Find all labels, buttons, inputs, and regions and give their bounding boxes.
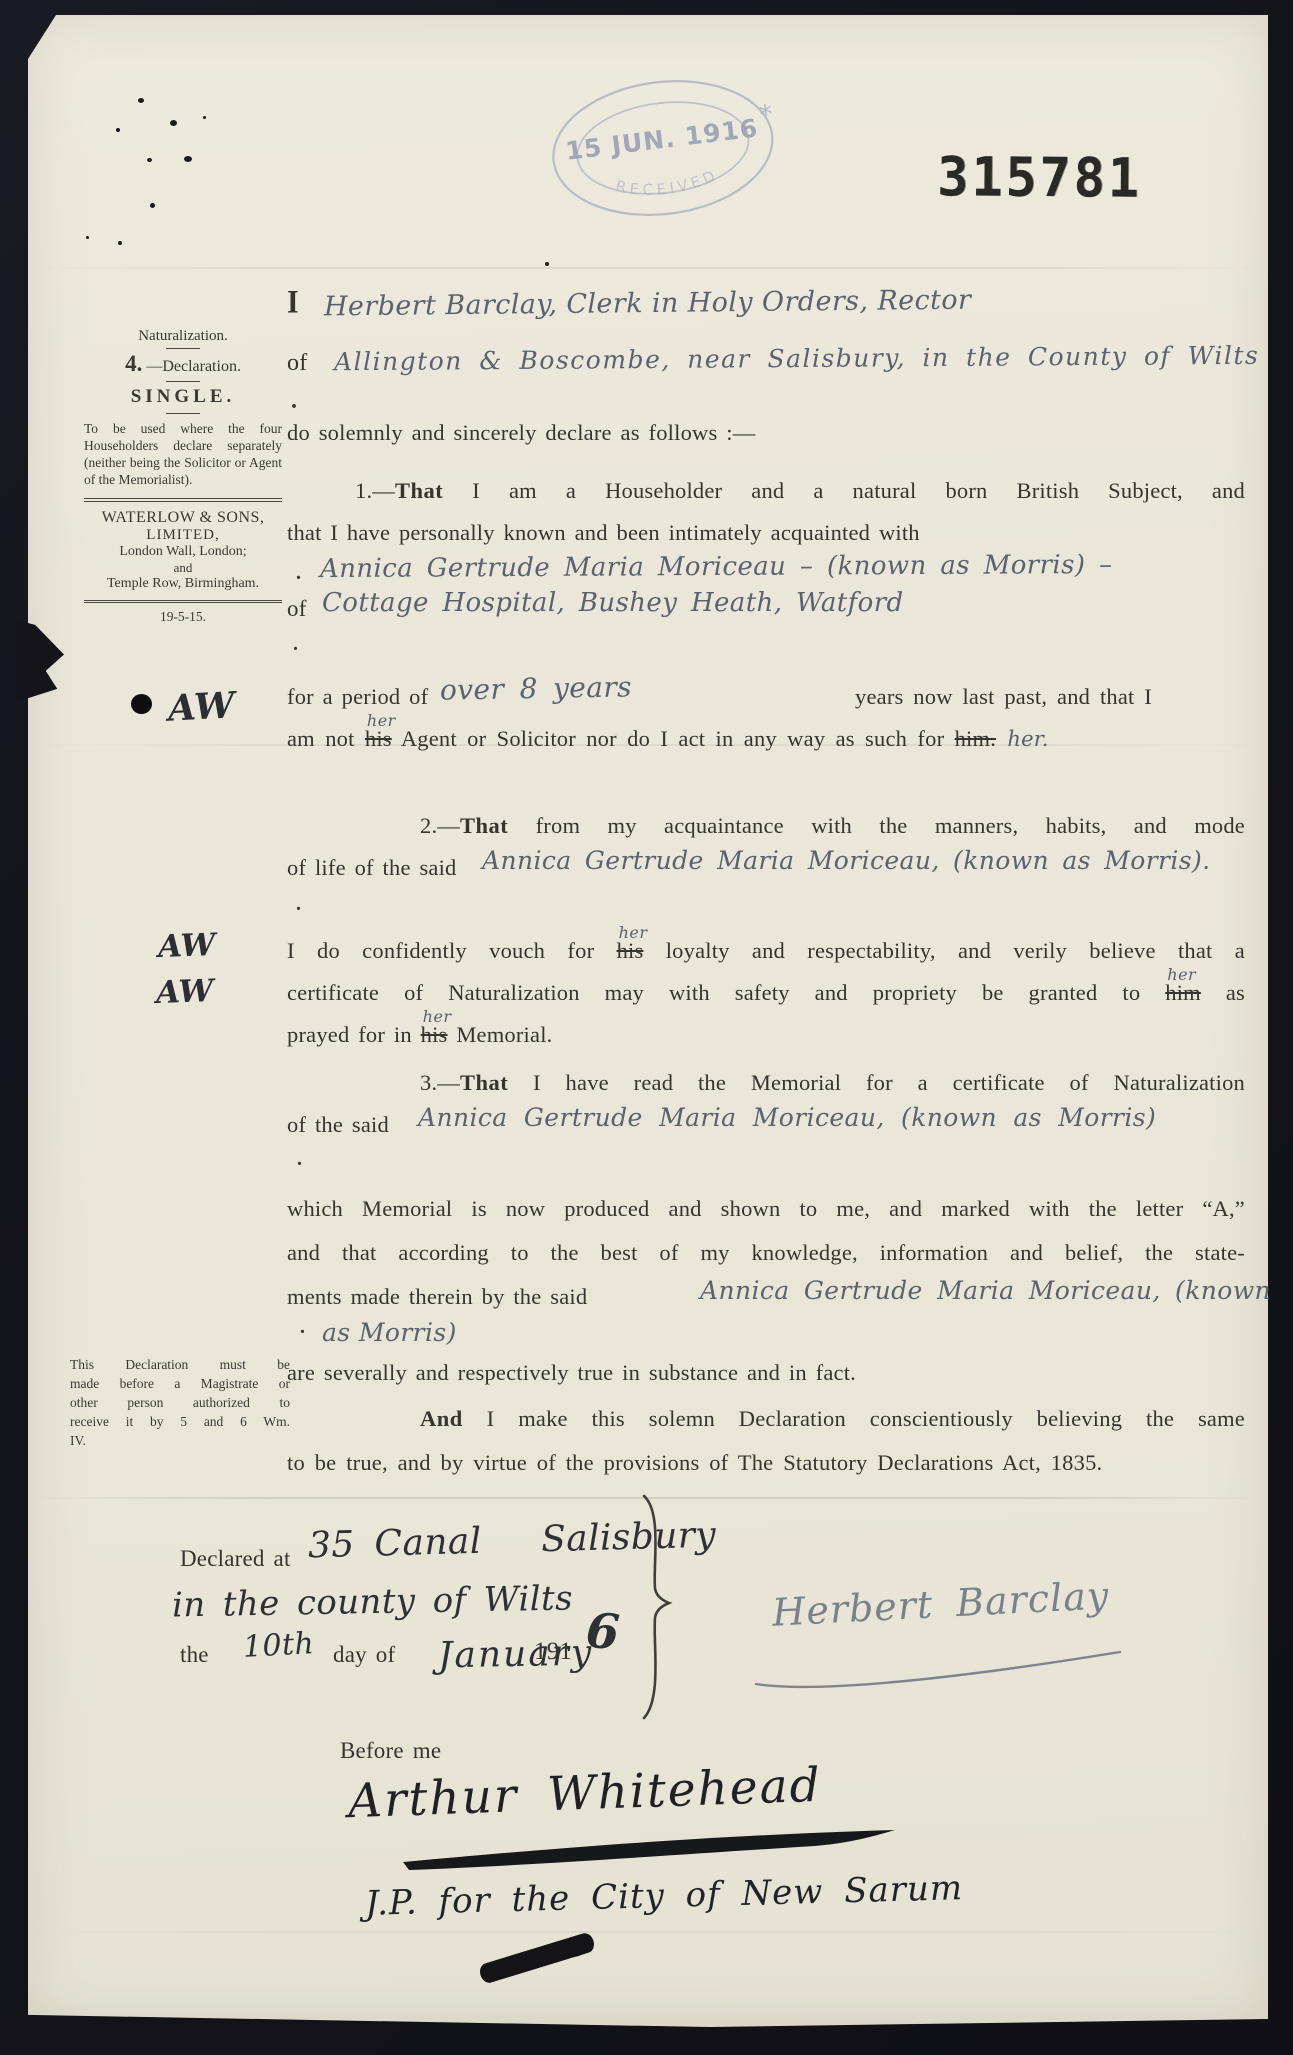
the-label: the [180, 1642, 209, 1668]
subject-address-handwritten: Cottage Hospital, Bushey Heath, Watford [322, 588, 904, 618]
form-single: SINGLE. [84, 386, 282, 408]
form-subtitle: —Declaration. [146, 358, 241, 375]
correction: hisher [617, 938, 644, 964]
received-stamp: 15 JUN. 1916 RECEIVED * [536, 56, 789, 242]
magistrate-note-line: made before a Magistrate or [70, 1375, 290, 1394]
divider [84, 602, 282, 603]
leader-dot: . [297, 1148, 302, 1171]
clause3-line1: 3.—That I have read the Memorial for a c… [420, 1070, 1245, 1096]
declared-county-handwritten: in the county of Wilts [172, 1579, 574, 1626]
clause1-line2: that I have personally known and been in… [287, 520, 920, 546]
form-title: 4. —Declaration. [84, 351, 282, 377]
vouch-line: I do confidently vouch for hisher loyalt… [287, 938, 1245, 964]
margin-initials-3: AW [155, 973, 214, 1011]
agent-pre: am not [287, 726, 365, 751]
printer-name: WATERLOW & SONS, [84, 509, 282, 527]
closing-and: And [420, 1406, 463, 1431]
declared-at-label: Declared at [180, 1546, 291, 1572]
printer-address2: Temple Row, Birmingham. [84, 576, 282, 592]
magistrate-note-line: receive it by 5 and 6 Wm. [70, 1413, 290, 1432]
ink-speck [203, 116, 206, 119]
divider [84, 498, 282, 499]
prayed-pre: prayed for in [287, 1022, 421, 1047]
leader-dot: . [296, 562, 301, 585]
clause1-line1: 1.—That I am a Householder and a natural… [355, 478, 1245, 504]
day-handwritten: 10th [242, 1626, 315, 1665]
true-line: are severally and respectively true in s… [287, 1360, 856, 1386]
closing-line1: And I make this solemn Declaration consc… [420, 1406, 1245, 1432]
divider [84, 600, 282, 601]
document-scan: 15 JUN. 1916 RECEIVED * 315781 Naturaliz… [0, 0, 1293, 2055]
divider [166, 413, 200, 414]
him-struck: him. [955, 726, 996, 751]
clause1-number: 1.— [355, 478, 395, 503]
period-value-handwritten: over 8 years [440, 670, 632, 706]
clause2-line1-text: from my acquaintance with the manners, h… [508, 813, 1245, 838]
divider [166, 381, 200, 382]
her-final-handwritten: her. [996, 727, 1049, 751]
ink-speck [545, 262, 549, 266]
cert-post: as [1201, 980, 1245, 1005]
her-inserted-handwritten: her [423, 1007, 452, 1026]
clause3-line2-pre: of the said [287, 1112, 389, 1138]
vouch-pre: I do confidently vouch for [287, 938, 617, 963]
closing-line2: to be true, and by virtue of the provisi… [287, 1450, 1102, 1476]
form-heading-block: Naturalization. 4. —Declaration. SINGLE.… [84, 328, 282, 625]
stamp-date: 15 JUN. 1916 [564, 113, 760, 165]
subject-name-handwritten-3: Annica Gertrude Maria Moriceau, (known a… [418, 1103, 1156, 1132]
before-me-label: Before me [340, 1738, 441, 1764]
form-usage-note: To be used where the four Householders d… [84, 421, 282, 489]
clause1-that: That [395, 478, 443, 503]
ink-speck [118, 241, 122, 245]
cert-pre: certificate of Naturalization may with s… [287, 980, 1165, 1005]
magistrate-note-line: This Declaration must be [70, 1356, 290, 1375]
leader-dot: . [293, 633, 298, 656]
year-digit-handwritten: 6 [584, 1603, 622, 1661]
magistrate-note-line: IV. [70, 1432, 290, 1451]
memorial-line1: which Memorial is now produced and shown… [287, 1196, 1245, 1222]
leader-dot: . [296, 893, 301, 916]
memorial-line3-pre: ments made therein by the said [287, 1284, 587, 1310]
leader-dot: . [300, 1316, 305, 1339]
ink-speck [150, 203, 155, 208]
punch-hole [131, 694, 152, 714]
clause2-number: 2.— [420, 813, 460, 838]
form-number: 4. [125, 351, 142, 376]
ink-speck [86, 236, 89, 239]
printer-and: and [84, 560, 282, 576]
of-label: of [287, 596, 307, 622]
vouch-mid: loyalty and respectability, and verily b… [643, 938, 1245, 963]
svg-text:RECEIVED: RECEIVED [612, 164, 723, 204]
subject-name-handwritten-1: Annica Gertrude Maria Moriceau – (known … [320, 550, 1113, 584]
her-inserted-handwritten: her [619, 923, 648, 942]
subject-name-handwritten-4b: as Morris) [322, 1318, 457, 1347]
day-of-label: day of [333, 1642, 395, 1668]
subject-name-handwritten-2: Annica Gertrude Maria Moriceau, (known a… [482, 846, 1211, 875]
correction: himher [1165, 980, 1201, 1006]
clause3-number: 3.— [420, 1070, 460, 1095]
her-inserted-handwritten: her [367, 711, 396, 730]
clause2-that: That [460, 813, 508, 838]
opening-pronoun: I [287, 285, 299, 322]
form-series: Naturalization. [84, 328, 282, 345]
margin-initials-2: AW [157, 927, 216, 965]
closing-line1-text: I make this solemn Declaration conscient… [463, 1406, 1245, 1431]
clause3-line1-text: I have read the Memorial for a certifica… [508, 1070, 1245, 1095]
magistrate-note: This Declaration must be made before a M… [70, 1356, 290, 1450]
period-label: for a period of [287, 684, 428, 710]
agent-line: am not hisher Agent or Solicitor nor do … [287, 726, 1049, 752]
ink-speck [138, 98, 144, 103]
period-rest: years now last past, and that I [855, 684, 1152, 710]
divider [84, 501, 282, 502]
margin-initials-1: AW [167, 684, 236, 729]
year-printed: 191 [534, 1638, 572, 1666]
prayed-post: Memorial. [448, 1022, 553, 1047]
her-inserted-handwritten: her [1167, 965, 1196, 984]
leader-dot: . [291, 388, 297, 415]
printer-limited: LIMITED, [84, 527, 282, 544]
magistrate-note-line: other person authorized to [70, 1394, 290, 1413]
prayed-line: prayed for in hisher Memorial. [287, 1022, 552, 1048]
declare-line: do solemnly and sincerely declare as fol… [287, 420, 755, 446]
clause2-line1: 2.—That from my acquaintance with the ma… [420, 813, 1245, 839]
clause2-line2-pre: of life of the said [287, 855, 457, 881]
ink-speck [116, 128, 120, 132]
stamp-star-icon: * [758, 99, 775, 130]
clause3-that: That [460, 1070, 508, 1095]
correction: hisher [421, 1022, 448, 1048]
certificate-line: certificate of Naturalization may with s… [287, 980, 1245, 1006]
ink-speck [184, 156, 192, 162]
subject-name-handwritten-4: Annica Gertrude Maria Moriceau, (known [700, 1276, 1271, 1305]
ink-speck [170, 120, 177, 126]
paper-crease [28, 267, 1268, 269]
memorial-line2: and that according to the best of my kno… [287, 1240, 1245, 1266]
print-code: 19-5-15. [84, 609, 282, 625]
reference-number-stamp: 315781 [937, 145, 1142, 209]
stamp-label: RECEIVED [612, 164, 723, 204]
printer-address1: London Wall, London; [84, 544, 282, 560]
paper-crease [28, 1931, 1268, 1933]
of-label: of [287, 350, 307, 377]
attestation-brace [632, 1492, 678, 1722]
signature-flourish [742, 1644, 1132, 1700]
agent-mid: Agent or Solicitor nor do I act in any w… [392, 726, 955, 751]
clause1-line1-text: I am a Householder and a natural born Br… [443, 478, 1245, 503]
ink-speck [147, 158, 152, 162]
correction: hisher [365, 726, 392, 752]
divider [166, 348, 200, 349]
